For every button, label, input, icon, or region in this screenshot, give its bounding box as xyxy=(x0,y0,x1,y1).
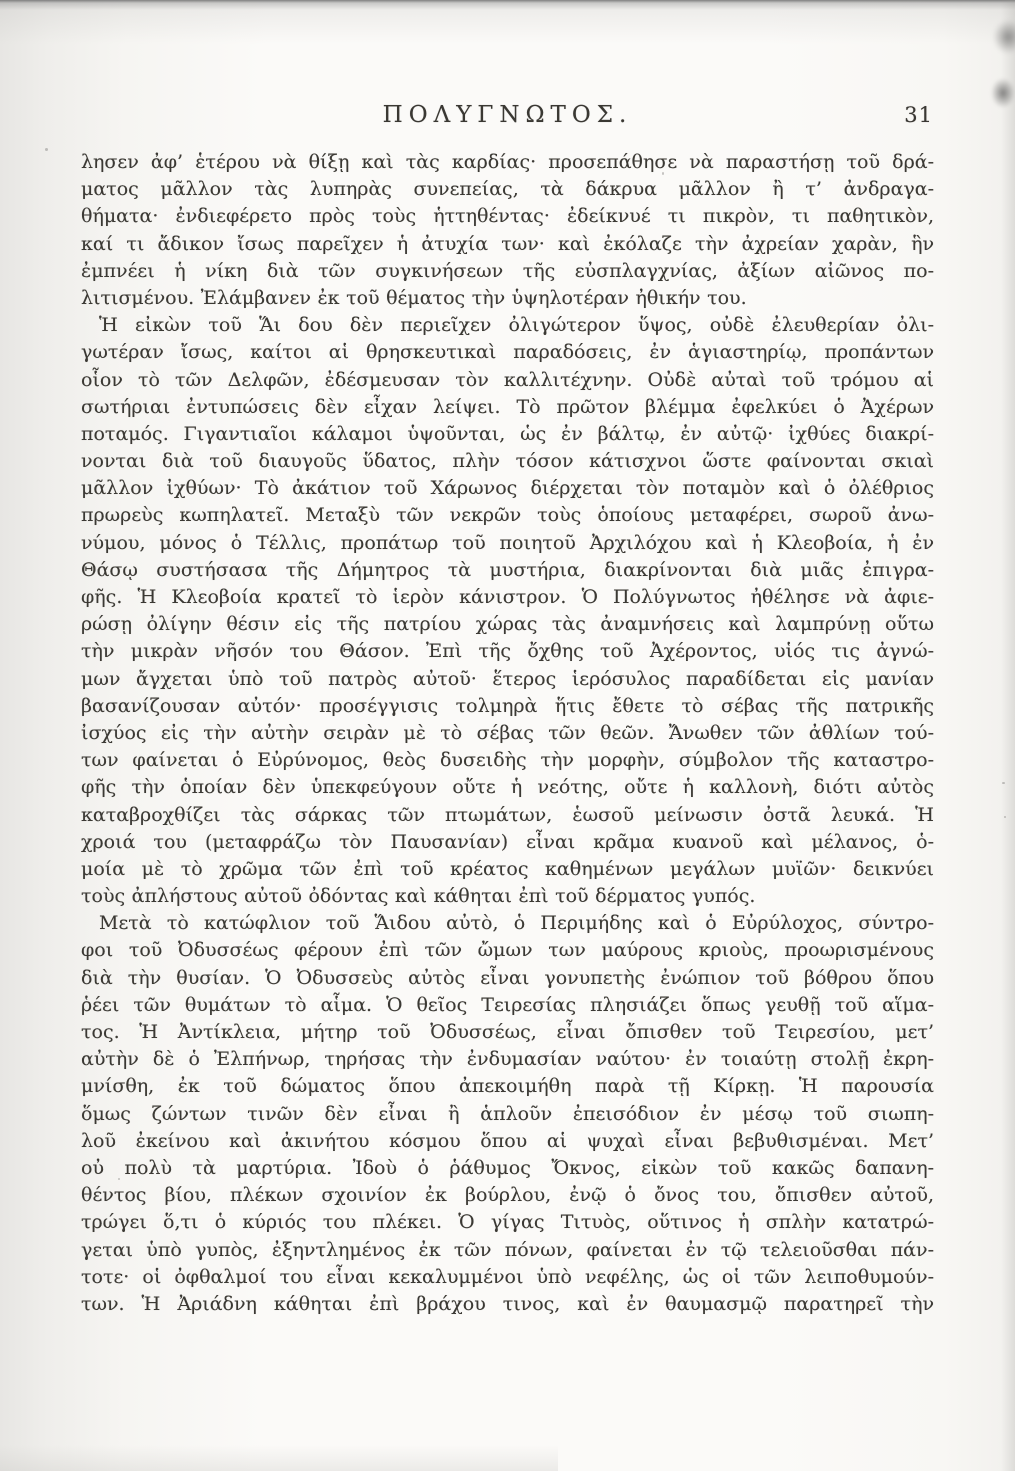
scanned-book-page: ΠΟΛΥΓΝΩΤΟΣ. 31 λησεν ἀφ’ ἑτέρου νὰ θίξῃ … xyxy=(0,0,1015,1471)
text-line: πρωρεὺς κωπηλατεῖ. Μεταξὺ τῶν νεκρῶν τοὺ… xyxy=(81,502,934,529)
text-line: καί τι ἄδικον ἴσως παρεῖχεν ἡ ἀτυχία των… xyxy=(81,231,934,258)
text-line: φοι τοῦ Ὀδυσσέως φέρουν ἐπὶ τῶν ὤμων των… xyxy=(81,937,934,964)
text-line: ἐμπνέει ἡ νίκη διὰ τῶν συγκινήσεων τῆς ε… xyxy=(81,258,934,285)
text-line: λιτισμένου. Ἐλάμβανεν ἐκ τοῦ θέματος τὴν… xyxy=(81,285,934,312)
text-line: θήματα· ἐνδιεφέρετο πρὸς τοὺς ἡττηθέντας… xyxy=(81,203,934,230)
text-line: νύμου, μόνος ὁ Τέλλις, προπάτωρ τοῦ ποιη… xyxy=(81,530,934,557)
scan-smudge-right xyxy=(991,78,1015,108)
text-line: βασανίζουσαν αὐτόν· προσέγγισις τολμηρὰ … xyxy=(81,693,934,720)
text-line: ποταμός. Γιγαντιαῖοι κάλαμοι ὑψοῦνται, ὡ… xyxy=(81,421,934,448)
text-line: Θάσῳ συστήσασα τῆς Δήμητρος τὰ μυστήρια,… xyxy=(81,557,934,584)
text-line: γωτέραν ἴσως, καίτοι αἱ θρησκευτικαὶ παρ… xyxy=(81,339,934,366)
text-line: νονται διὰ τοῦ διαυγοῦς ὕδατος, πλὴν τόσ… xyxy=(81,448,934,475)
text-line: θέντος βίου, πλέκων σχοινίον ἐκ βούρλου,… xyxy=(81,1182,934,1209)
text-line: αὐτὴν δὲ ὁ Ἐλπήνωρ, τηρήσας τὴν ἐνδυμασί… xyxy=(81,1046,934,1073)
text-line: των. Ἡ Ἀριάδνη κάθηται ἐπὶ βράχου τινος,… xyxy=(81,1291,934,1318)
text-line: ρώσῃ ὀλίγην θέσιν εἰς τῆς πατρίου χώρας … xyxy=(81,611,934,638)
text-line: μοία μὲ τὸ χρῶμα τῶν ἐπὶ τοῦ κρέατος καθ… xyxy=(81,856,934,883)
running-title: ΠΟΛΥΓΝΩΤΟΣ. xyxy=(81,102,934,128)
scan-speck xyxy=(662,172,664,175)
text-line: λοῦ ἐκείνου καὶ ἀκινήτου κόσμου ὅπου αἱ … xyxy=(81,1128,934,1155)
text-line: ῥέει τῶν θυμάτων τὸ αἷμα. Ὁ θεῖος Τειρεσ… xyxy=(81,992,934,1019)
text-line: φῆς. Ἡ Κλεοβοία κρατεῖ τὸ ἱερὸν κάνιστρο… xyxy=(81,584,934,611)
text-line: Ἡ εἰκὼν τοῦ Ἅι δου δὲν περιεῖχεν ὀλιγώτε… xyxy=(81,312,934,339)
text-line: τος. Ἡ Ἀντίκλεια, μήτηρ τοῦ Ὀδυσσέως, εἶ… xyxy=(81,1019,934,1046)
text-line: τρώγει ὅ,τι ὁ κύριός του πλέκει. Ὁ γίγας… xyxy=(81,1209,934,1236)
scan-right-edge-shadow xyxy=(1001,0,1015,1471)
text-line: οἷον τὸ τῶν Δελφῶν, ἐδέσμευσαν τὸν καλλι… xyxy=(81,367,934,394)
text-line: τοτε· οἱ ὀφθαλμοί του εἶναι κεκαλυμμένοι… xyxy=(81,1264,934,1291)
text-line: ἰσχύος εἰς τὴν αὐτὴν σειρὰν μὲ τὸ σέβας … xyxy=(81,720,934,747)
page-number: 31 xyxy=(904,103,933,127)
text-line: φῆς τὴν ὁποίαν δὲν ὑπεκφεύγουν οὔτε ἡ νε… xyxy=(81,774,934,801)
text-line: καταβροχθίζει τὰς σάρκας τῶν πτωμάτων, ἑ… xyxy=(81,802,934,829)
scan-speck xyxy=(1004,816,1006,818)
text-line: τοὺς ἀπλήστους αὐτοῦ ὀδόντας καὶ κάθηται… xyxy=(81,883,934,910)
scan-speck xyxy=(1002,782,1005,784)
text-line: μᾶλλον ἰχθύων· Τὸ ἀκάτιον τοῦ Χάρωνος δι… xyxy=(81,475,934,502)
text-line: γεται ὑπὸ γυπὸς, ἐξηντλημένος ἐκ τῶν πόν… xyxy=(81,1237,934,1264)
text-line: μων ἄγχεται ὑπὸ τοῦ πατρὸς αὐτοῦ· ἕτερος… xyxy=(81,666,934,693)
text-line: διὰ τὴν θυσίαν. Ὁ Ὀδυσσεὺς αὐτὸς εἶναι γ… xyxy=(81,965,934,992)
scan-speck xyxy=(45,148,48,151)
text-line: Μετὰ τὸ κατώφλιον τοῦ Ἅιδου αὐτὸ, ὁ Περι… xyxy=(81,910,934,937)
scan-speck xyxy=(118,1178,120,1180)
text-line: οὐ πολὺ τὰ μαρτύρια. Ἰδοὺ ὁ ῥάθυμος Ὄκνο… xyxy=(81,1155,934,1182)
text-line: λησεν ἀφ’ ἑτέρου νὰ θίξῃ καὶ τὰς καρδίας… xyxy=(81,149,934,176)
text-block: λησεν ἀφ’ ἑτέρου νὰ θίξῃ καὶ τὰς καρδίας… xyxy=(81,149,934,1318)
text-line: χροιά του (μεταφράζω τὸν Παυσανίαν) εἶνα… xyxy=(81,829,934,856)
text-line: ματος μᾶλλον τὰς λυπηρὰς συνεπείας, τὰ δ… xyxy=(81,176,934,203)
text-line: των φαίνεται ὁ Εὐρύνομος, θεὸς δυσειδὴς … xyxy=(81,747,934,774)
text-line: σωτήριαι ἐντυπώσεις δὲν εἶχαν λείψει. Τὸ… xyxy=(81,394,934,421)
text-line: τὴν μικρὰν νῆσόν του Θάσον. Ἐπὶ τῆς ὄχθη… xyxy=(81,638,934,665)
text-line: ὅμως ζώντων τινῶν δὲν εἶναι ἢ ἁπλοῦν ἐπε… xyxy=(81,1101,934,1128)
scan-bottom-shadow xyxy=(0,1445,558,1471)
text-line: μνίσθη, ἐκ τοῦ δώματος ὅπου ἀπεκοιμήθη π… xyxy=(81,1073,934,1100)
scan-smudge-top-right xyxy=(993,20,1015,54)
page-header: ΠΟΛΥΓΝΩΤΟΣ. 31 xyxy=(81,102,934,134)
